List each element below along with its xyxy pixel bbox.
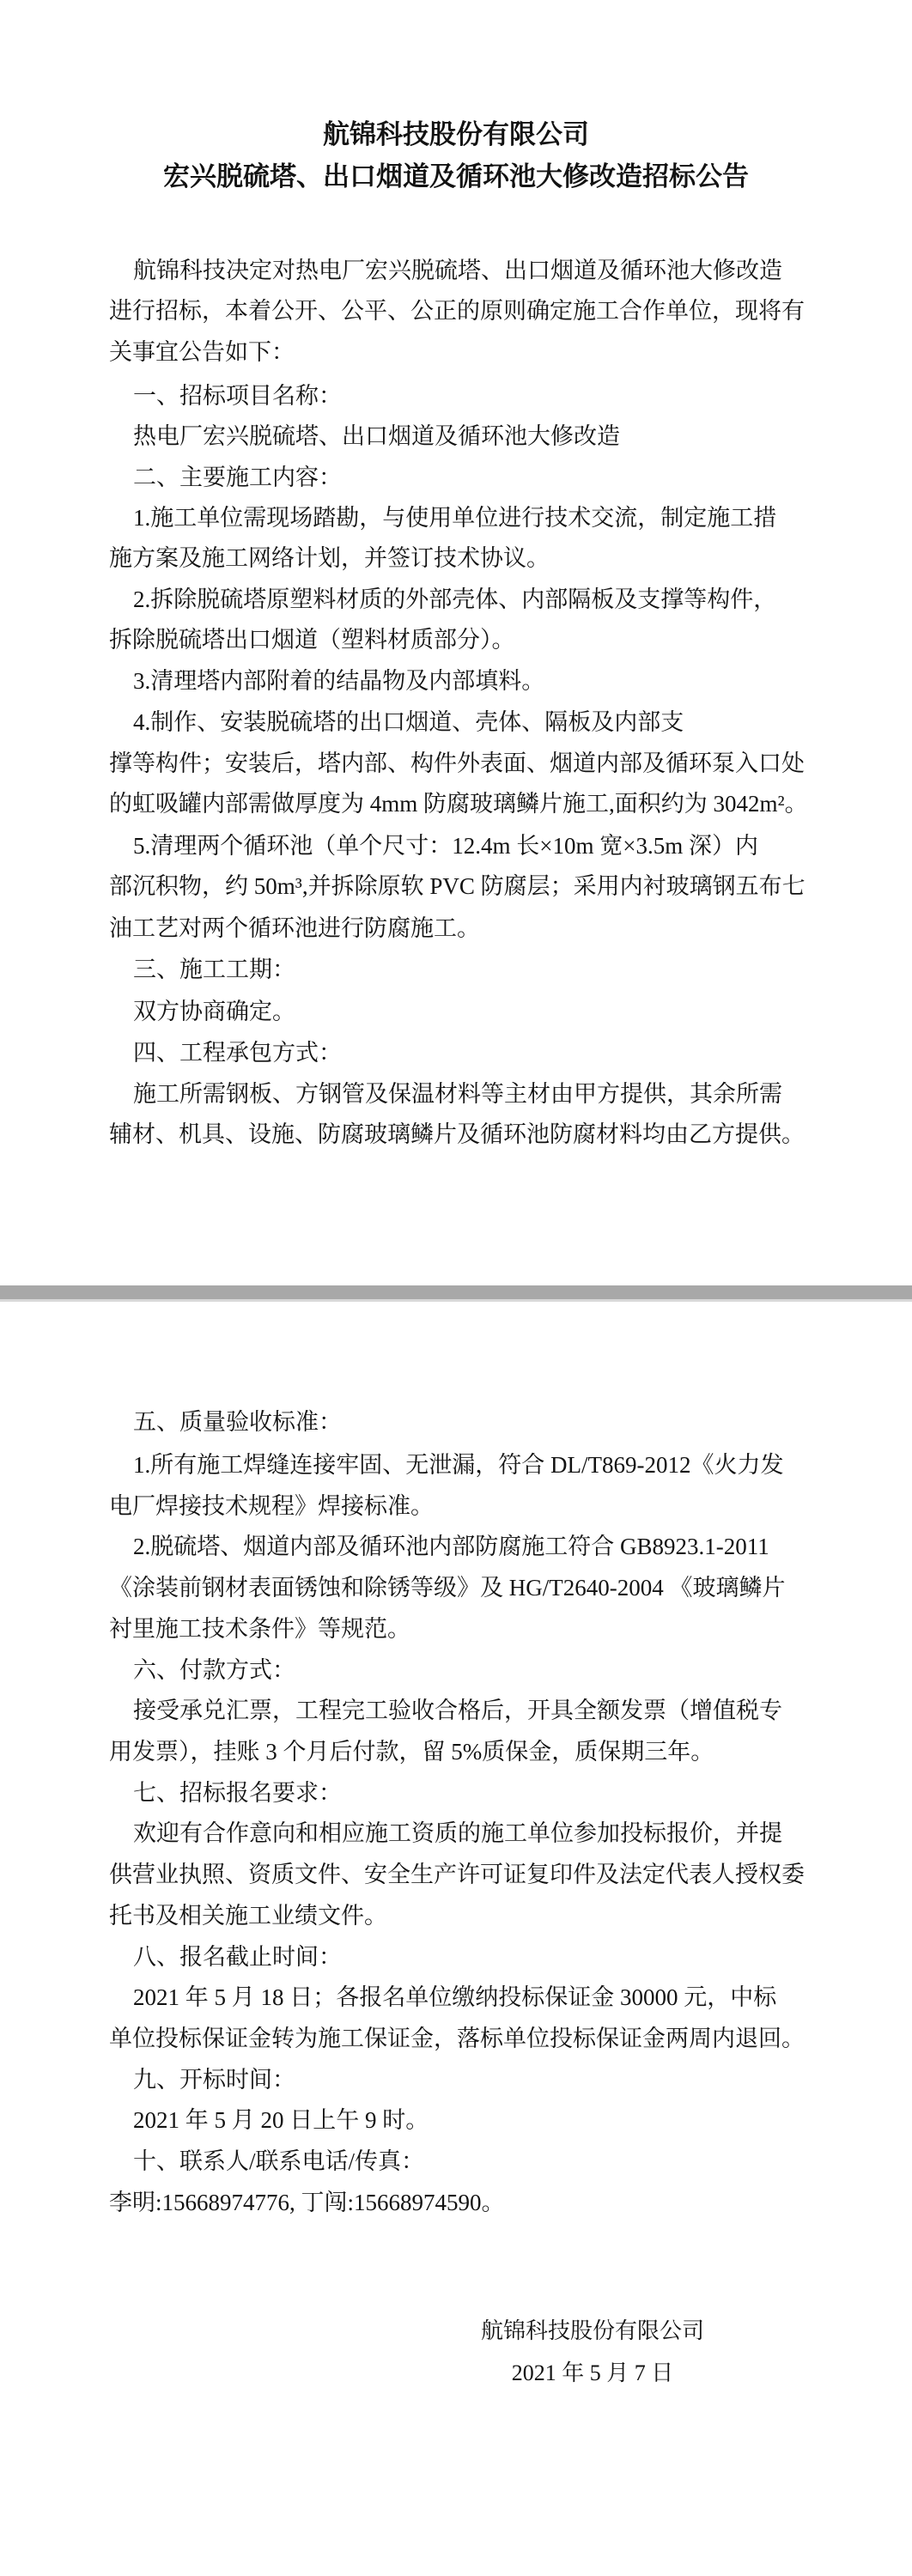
project-name-line: 热电厂宏兴脱硫塔、出口烟道及循环池大修改造: [133, 423, 620, 450]
page-separator: [0, 1285, 912, 1302]
signature-company: 航锦科技股份有限公司: [335, 2318, 850, 2344]
body-line: 辅材、机具、设施、防腐玻璃鳞片及循环池防腐材料均由乙方提供。: [109, 1121, 805, 1148]
body-line: 施方案及施工网络计划，并签订技术协议。: [109, 545, 550, 572]
signature-date: 2021 年 5 月 7 日: [335, 2360, 850, 2386]
section-1-heading: 一、招标项目名称：: [133, 383, 342, 410]
body-line: 用发票），挂账 3 个月后付款，留 5%质保金，质保期三年。: [109, 1739, 714, 1765]
body-line: 4.制作、安装脱硫塔的出口烟道、壳体、隔板及内部支: [133, 709, 684, 736]
body-line: 单位投标保证金转为施工保证金，落标单位投标保证金两周内退回。: [109, 2026, 805, 2052]
body-line: 的虹吸罐内部需做厚度为 4mm 防腐玻璃鳞片施工,面积约为 3042m²。: [109, 791, 808, 817]
document-subtitle: 宏兴脱硫塔、出口烟道及循环池大修改造招标公告: [0, 162, 912, 191]
body-line: 2021 年 5 月 18 日；各报名单位缴纳投标保证金 30000 元，中标: [133, 1984, 776, 2011]
contact-line: 李明:15668974776, 丁闯:15668974590。: [109, 2190, 505, 2216]
body-line: 供营业执照、资质文件、安全生产许可证复印件及法定代表人授权委: [109, 1862, 805, 1888]
body-line: 1.施工单位需现场踏勘，与使用单位进行技术交流，制定施工措: [133, 505, 776, 532]
body-line: 2021 年 5 月 20 日上午 9 时。: [133, 2107, 429, 2134]
section-3-heading: 三、施工工期：: [133, 957, 295, 983]
body-line: 拆除脱硫塔出口烟道（塑料材质部分）。: [109, 627, 515, 653]
section-8-heading: 八、报名截止时间：: [133, 1944, 342, 1971]
body-line: 衬里施工技术条件》等规范。: [109, 1616, 410, 1643]
body-line: 欢迎有合作意向和相应施工资质的施工单位参加投标报价，并提: [133, 1820, 782, 1847]
document-title: 航锦科技股份有限公司: [0, 120, 912, 149]
body-line: 1.所有施工焊缝连接牢固、无泄漏，符合 DL/T869-2012《火力发: [133, 1452, 783, 1479]
section-4-heading: 四、工程承包方式：: [133, 1040, 342, 1066]
intro-line: 关事宜公告如下：: [109, 339, 295, 366]
section-6-heading: 六、付款方式：: [133, 1657, 295, 1684]
intro-line: 航锦科技决定对热电厂宏兴脱硫塔、出口烟道及循环池大修改造: [133, 258, 782, 284]
section-5-heading: 五、质量验收标准：: [133, 1409, 342, 1436]
tender-announcement-document: 航锦科技股份有限公司 宏兴脱硫塔、出口烟道及循环池大修改造招标公告 航锦科技决定…: [0, 0, 912, 2576]
section-10-heading: 十、联系人/联系电话/传真：: [133, 2148, 424, 2175]
body-line: 《涂装前钢材表面锈蚀和除锈等级》及 HG/T2640-2004 《玻璃鳞片: [109, 1575, 785, 1601]
body-line: 电厂焊接技术规程》焊接标准。: [109, 1493, 434, 1520]
body-line: 2.拆除脱硫塔原塑料材质的外部壳体、内部隔板及支撑等构件，: [133, 586, 776, 613]
body-line: 托书及相关施工业绩文件。: [109, 1903, 387, 1929]
body-line: 双方协商确定。: [133, 999, 295, 1025]
body-line: 5.清理两个循环池（单个尺寸：12.4m 长×10m 宽×3.5m 深）内: [133, 833, 758, 860]
body-line: 施工所需钢板、方钢管及保温材料等主材由甲方提供，其余所需: [133, 1081, 782, 1108]
body-line: 3.清理塔内部附着的结晶物及内部填料。: [133, 668, 544, 695]
body-line: 2.脱硫塔、烟道内部及循环池内部防腐施工符合 GB8923.1-2011: [133, 1534, 769, 1560]
body-line: 接受承兑汇票，工程完工验收合格后，开具全额发票（增值税专: [133, 1698, 782, 1724]
body-line: 部沉积物，约 50m³,并拆除原软 PVC 防腐层；采用内衬玻璃钢五布七: [109, 873, 806, 900]
body-line: 撑等构件；安装后，塔内部、构件外表面、烟道内部及循环泵入口处: [109, 750, 805, 777]
body-line: 油工艺对两个循环池进行防腐施工。: [109, 915, 480, 942]
intro-line: 进行招标，本着公开、公平、公正的原则确定施工合作单位，现将有: [109, 298, 805, 325]
section-2-heading: 二、主要施工内容：: [133, 465, 342, 491]
section-9-heading: 九、开标时间：: [133, 2067, 295, 2093]
section-7-heading: 七、招标报名要求：: [133, 1780, 342, 1807]
